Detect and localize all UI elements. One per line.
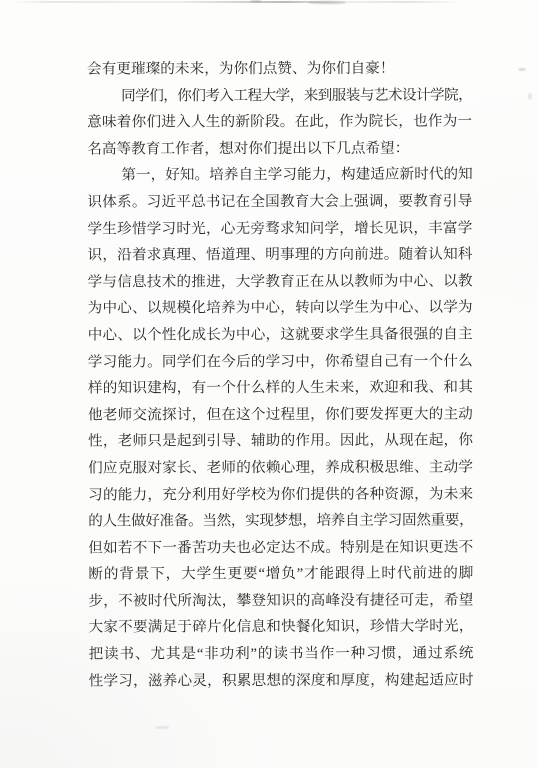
text-line: 大家不要满足于碎片化信息和快餐化知识，珍惜大学时光， (88, 614, 473, 642)
text-line: 会有更璀璨的未来，为你们点赞、为你们自豪！ (87, 55, 472, 83)
text-line: 识，沿着求真理、悟道理、明事理的方向前进。随着认知科 (87, 242, 472, 270)
paragraph: 会有更璀璨的未来，为你们点赞、为你们自豪！ (87, 55, 472, 83)
paragraph: 第一，好知。培养自主学习能力，构建适应新时代的知 识体系。习近平总书记在全国教育… (87, 162, 473, 695)
scan-artifact-top-edge (14, 1, 464, 3)
text-line: 样的知识建构，有一个什么样的人生未来，欢迎和我、和其 (88, 375, 473, 403)
text-line: 步，不被时代所淘汰，攀登知识的高峰没有捷径可走，希望 (88, 587, 473, 615)
text-line: 性学习，滋养心灵，积累思想的深度和厚度，构建起适应时 (89, 667, 474, 695)
scan-artifact-mark (528, 93, 532, 100)
scan-artifact-smudge (155, 726, 169, 729)
text-line: 同学们，你们考入工程大学，来到服装与艺术设计学院， (87, 82, 472, 110)
text-line: 性，老师只是起到引导、辅助的作用。因此，从现在起，你 (88, 428, 473, 456)
scan-artifact-mark (518, 68, 526, 71)
scan-artifact-smudge (250, 0, 262, 3)
text-line: 意味着你们进入人生的新阶段。在此，作为院长，也作为一 (87, 109, 472, 137)
text-line: 名高等教育工作者，想对你们提出以下几点希望： (87, 135, 472, 163)
text-line: 为中心、以规模化培养为中心，转向以学生为中心、以学为 (88, 295, 473, 323)
text-line: 习的能力，充分利用好学校为你们提供的各种资源，为未来 (88, 481, 473, 509)
paragraph: 同学们，你们考入工程大学，来到服装与艺术设计学院， 意味着你们进入人生的新阶段。… (87, 82, 472, 163)
text-line: 把读书、尤其是“非功利”的读书当作一种习惯，通过系统 (89, 641, 474, 669)
text-line: 识体系。习近平总书记在全国教育大会上强调，要教育引导 (87, 188, 472, 216)
text-line: 的人生做好准备。当然，实现梦想，培养自主学习固然重要， (88, 508, 473, 536)
text-line: 第一，好知。培养自主学习能力，构建适应新时代的知 (87, 162, 472, 190)
text-line: 断的背景下，大学生更要“增负”才能跟得上时代前进的脚 (88, 561, 473, 589)
text-line: 们应克服对家长、老师的依赖心理，养成积极思维、主动学 (88, 454, 473, 482)
text-line: 学与信息技术的推进，大学教育正在从以教师为中心、以教 (88, 268, 473, 296)
text-line: 学习能力。同学们在今后的学习中，你希望自己有一个什么 (88, 348, 473, 376)
scan-artifact-smudge (308, 1, 346, 4)
letter-body: 会有更璀璨的未来，为你们点赞、为你们自豪！ 同学们，你们考入工程大学，来到服装与… (87, 55, 474, 694)
text-line: 但如若不下一番苦功夫也必定达不成。特别是在知识更迭不 (88, 534, 473, 562)
text-line: 他老师交流探讨，但在这个过程里，你们要发挥更大的主动 (88, 401, 473, 429)
text-line: 中心、以个性化成长为中心，这就要求学生具备很强的自主 (88, 321, 473, 349)
scanned-page: 会有更璀璨的未来，为你们点赞、为你们自豪！ 同学们，你们考入工程大学，来到服装与… (0, 0, 538, 768)
text-line: 学生珍惜学习时光，心无旁骛求知问学，增长见识，丰富学 (87, 215, 472, 243)
